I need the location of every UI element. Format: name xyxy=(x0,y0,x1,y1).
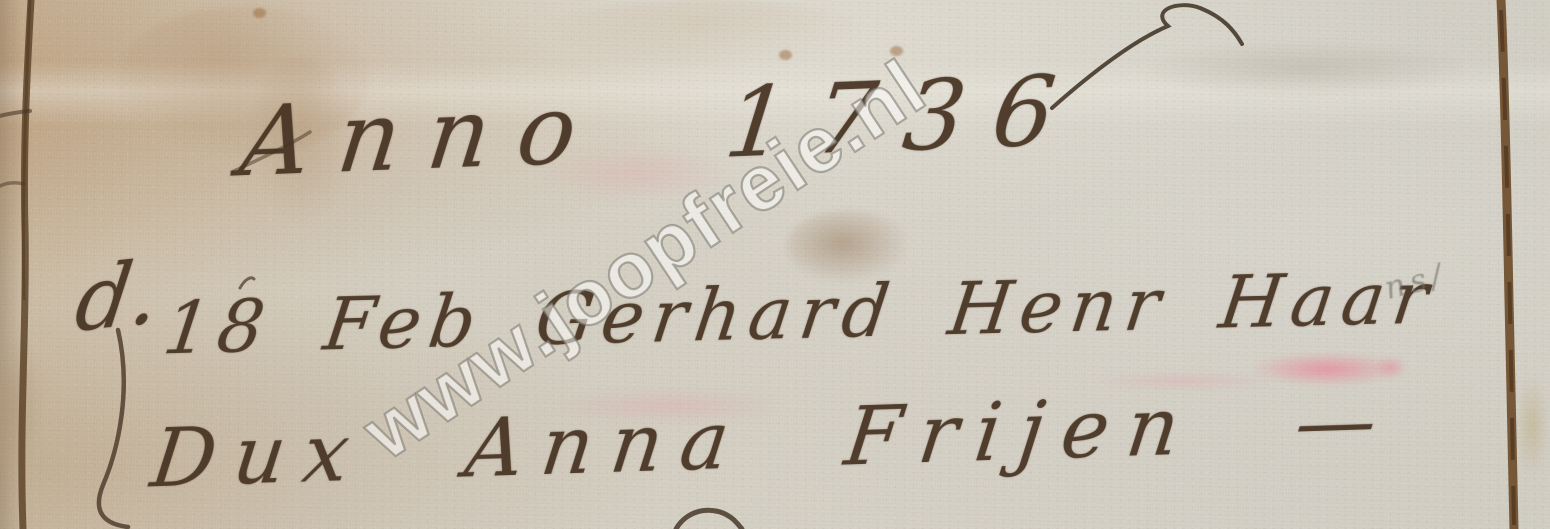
handwriting-day-abbreviation: d. xyxy=(70,241,166,352)
next-line-partial-letter xyxy=(676,510,742,529)
letter-d-descender-flourish xyxy=(99,330,128,527)
left-margin-ink-tick xyxy=(0,183,24,186)
manuscript-page: Anno 1736 d. 18 Feb Gerhard Henr Haar Du… xyxy=(0,0,1550,529)
